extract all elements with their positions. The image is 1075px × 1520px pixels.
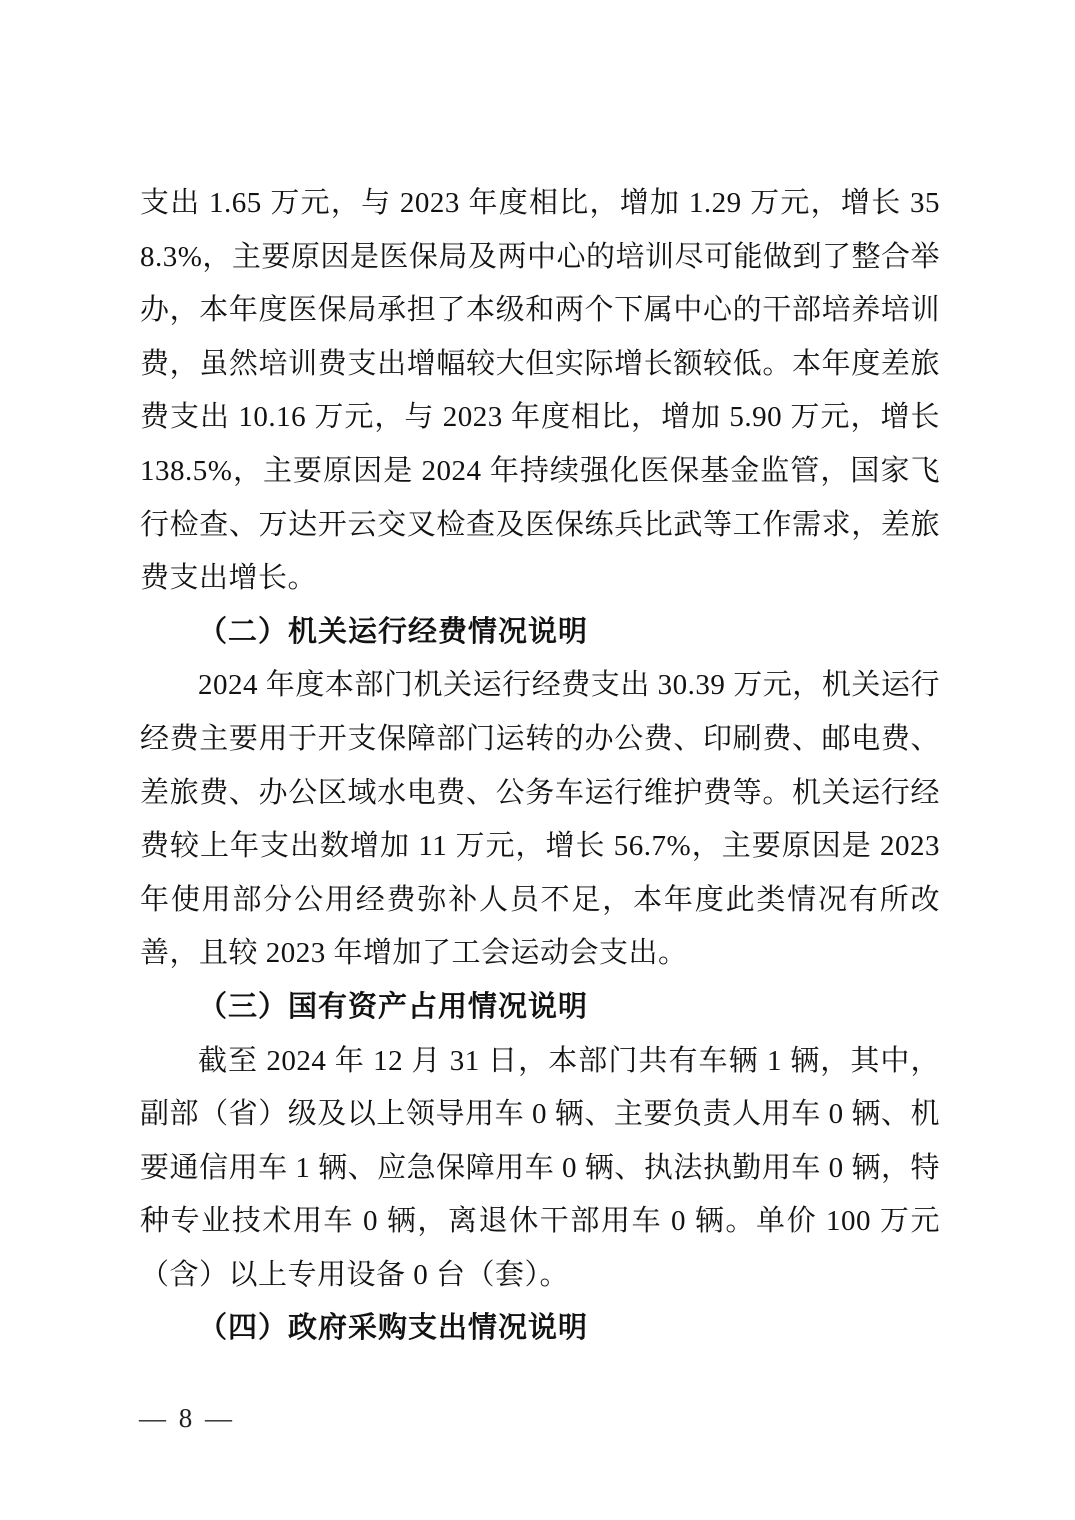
heading-section-3-state-owned-assets: （三）国有资产占用情况说明 bbox=[140, 981, 940, 1035]
page-number: — 8 — bbox=[139, 1400, 235, 1436]
document-page: 支出 1.65 万元，与 2023 年度相比，增加 1.29 万元，增长 358… bbox=[0, 0, 1075, 1520]
heading-section-2-operating-funds: （二）机关运行经费情况说明 bbox=[140, 606, 940, 660]
document-body: 支出 1.65 万元，与 2023 年度相比，增加 1.29 万元，增长 358… bbox=[140, 177, 940, 1356]
paragraph-operating-funds-detail: 2024 年度本部门机关运行经费支出 30.39 万元，机关运行经费主要用于开支… bbox=[140, 659, 940, 981]
paragraph-state-owned-assets-detail: 截至 2024 年 12 月 31 日，本部门共有车辆 1 辆，其中，副部（省）… bbox=[140, 1035, 940, 1303]
paragraph-training-and-travel-expense: 支出 1.65 万元，与 2023 年度相比，增加 1.29 万元，增长 358… bbox=[140, 177, 940, 606]
heading-section-4-government-procurement: （四）政府采购支出情况说明 bbox=[140, 1302, 940, 1356]
